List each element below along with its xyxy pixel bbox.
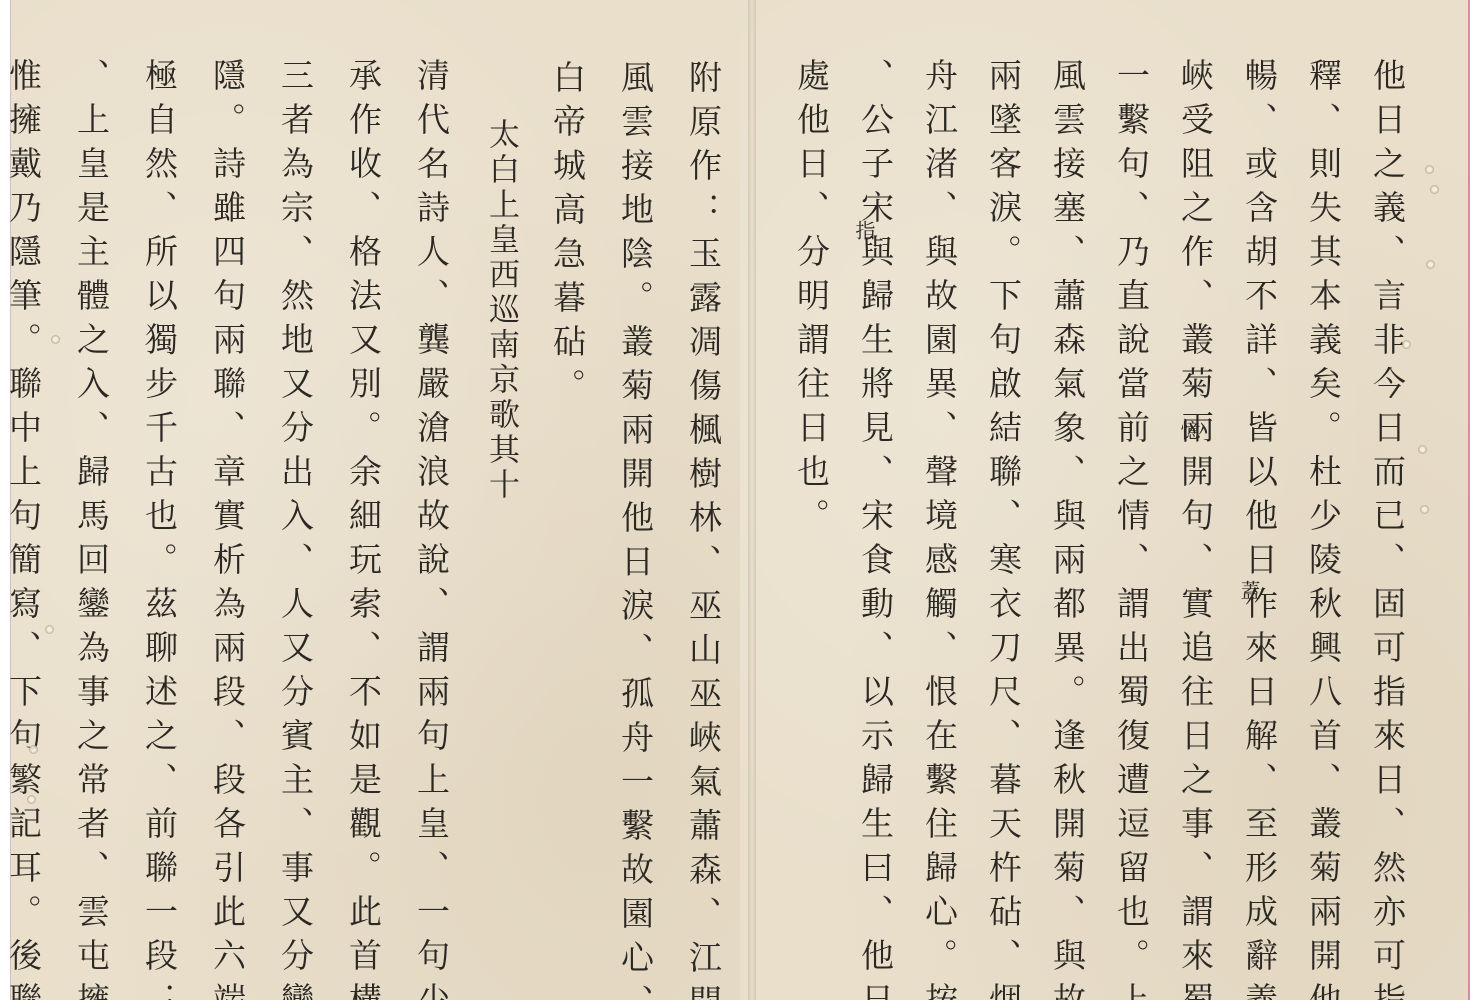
text-column: 釋、則失其本義矣。杜少陵秋興八首、叢菊兩開他日淚一聯、釋者義皆欠	[1276, 58, 1340, 980]
text-column: 隱。詩雖四句兩聯、章實析為兩段、段各引此六端、事極複雜、文	[176, 58, 244, 980]
left-page: 附原作：玉露凋傷楓樹林、巫山巫峽氣蕭森、江間波浪兼天湧、塞上 風雲接地陰。叢菊兩…	[10, 0, 740, 1000]
binding-hole	[45, 625, 54, 634]
text-column: 暢、或含胡不詳、皆以他日作來日解、至形成辭義兩違。蓋此首乃乘舟出	[1212, 58, 1276, 980]
binding-hole	[1430, 185, 1439, 194]
text-column: 、上皇是主體之入、歸馬回鑾為事之常者、雲屯擁戴是賓體官民、	[40, 58, 108, 980]
manuscript-spread: 附原作：玉露凋傷楓樹林、巫山巫峽氣蕭森、江間波浪兼天湧、塞上 風雲接地陰。叢菊兩…	[10, 0, 1470, 1000]
center-fold	[748, 0, 756, 1000]
text-column: 他日之義、言非今日而已、固可指來日、然亦可指往日、但相衍又作將來	[1340, 58, 1404, 980]
binding-hole	[1425, 165, 1434, 174]
binding-hole	[1426, 260, 1435, 269]
right-page: 他日之義、言非今日而已、固可指來日、然亦可指往日、但相衍又作將來 釋、則失其本義…	[740, 0, 1470, 1000]
text-column: 兩墜客淚。下句啟結聯、寒衣刀尺、暮天杵砧、烟火人家、與里閈同。孤	[956, 58, 1020, 980]
text-column: 風雲接地陰。叢菊兩開他日淚、孤舟一繫故園心、寒衣處處催刀尺、	[584, 58, 652, 980]
text-column: 白帝城高急暮砧。	[516, 58, 584, 980]
text-column: 承作收、格法又別。余細玩索、不如是觀。此首構造、大氐以地人事	[312, 58, 380, 980]
binding-hole	[27, 795, 36, 804]
text-column: 、公子宋與歸生將見、宋食動、以示歸生曰、他日我如此、必嘗異味、此	[828, 58, 892, 980]
text-column: 清代名詩人、龔嚴滄浪故說、謂兩句上皇、一句少帝、而以末句總	[380, 58, 448, 980]
poem-title: 太白上皇西巡南京歌其十	[448, 58, 516, 980]
text-column: 一繫句、乃直說當前之情、謂出蜀復遭逗留也。上句承領聯波浪湧天、	[1084, 58, 1148, 980]
text-column: 峽受阻之作、叢菊兩開句、實追往日之事、謂來蜀羇旅歲時也。孤舟	[1148, 58, 1212, 980]
text-column: 風雲接塞、蕭森氣象、與兩都異。逢秋開菊、與故園同、殊境交錯、言曾	[1020, 58, 1084, 980]
marginal-correction: 指	[850, 220, 879, 240]
binding-hole	[51, 335, 60, 344]
binding-hole	[1418, 445, 1427, 454]
binding-hole	[29, 745, 38, 754]
text-column: 舟江渚、與故園異、聲境感觸、恨在繫住歸心。按左傳楚人獻黿于鄭伯	[892, 58, 956, 980]
text-column: 三者為宗、然地又分出入、人又分賓主、事又分變常、總此六端更有顯	[244, 58, 312, 980]
binding-hole	[1420, 505, 1429, 514]
text-column: 附原作：玉露凋傷楓樹林、巫山巫峽氣蕭森、江間波浪兼天湧、塞上	[652, 58, 720, 980]
right-page-columns: 他日之義、言非今日而已、固可指來日、然亦可指往日、但相衍又作將來 釋、則失其本義…	[764, 58, 1404, 980]
binding-hole	[1402, 340, 1411, 349]
text-column: 惟擁戴乃隱筆。聯中上句簡寫、下句繁記耳。後聯一段：少帝是主	[0, 58, 40, 980]
text-column: 極自然、所以獨步千古也。茲聊述之、前聯一段：劍閣是出發之地	[108, 58, 176, 980]
text-column: 處他日、分明謂往日也。	[764, 58, 828, 980]
left-page-columns: 附原作：玉露凋傷楓樹林、巫山巫峽氣蕭森、江間波浪兼天湧、塞上 風雲接地陰。叢菊兩…	[0, 58, 720, 980]
marginal-correction: 憶	[1175, 420, 1204, 440]
marginal-correction: 蓋	[1235, 580, 1264, 600]
